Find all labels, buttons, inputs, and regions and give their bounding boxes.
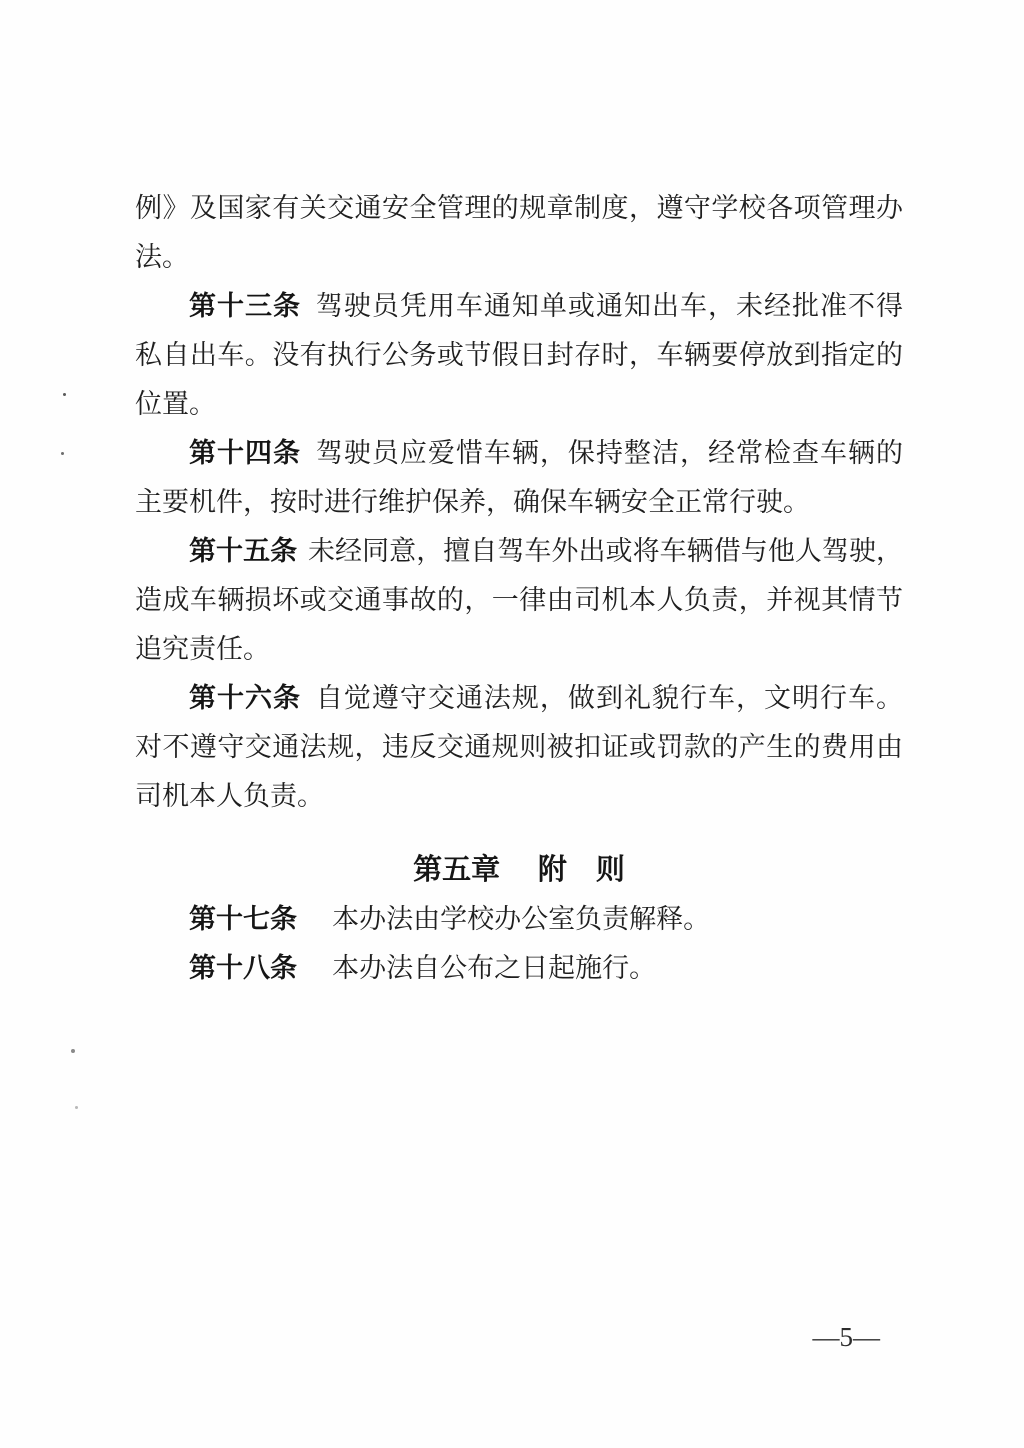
document-page: 例》及国家有关交通安全管理的规章制度，遵守学校各项管理办法。 第十三条驾驶员凭用… [0, 0, 1024, 1448]
chapter-title: 附 则 [538, 854, 625, 886]
article-17-label: 第十七条 [189, 904, 297, 934]
scan-artifact-dot [61, 452, 64, 455]
article-16: 第十六条自觉遵守交通法规，做到礼貌行车，文明行车。对不遵守交通法规，违反交通规则… [135, 674, 903, 821]
page-number: —5— [813, 1322, 881, 1353]
article-15: 第十五条未经同意，擅自驾车外出或将车辆借与他人驾驶，造成车辆损坏或交通事故的，一… [135, 527, 903, 674]
article-15-label: 第十五条 [189, 536, 297, 566]
article-14-label: 第十四条 [189, 438, 301, 468]
article-16-label: 第十六条 [189, 683, 301, 713]
article-18: 第十八条本办法自公布之日起施行。 [135, 944, 903, 993]
article-13-label: 第十三条 [189, 291, 301, 321]
scan-artifact-dot [75, 1106, 78, 1109]
article-14: 第十四条驾驶员应爱惜车辆，保持整洁，经常检查车辆的主要机件，按时进行维护保养，确… [135, 429, 903, 527]
chapter-number: 第五章 [413, 854, 500, 886]
article-17-text: 本办法由学校办公室负责解释。 [332, 904, 710, 934]
article-18-text: 本办法自公布之日起施行。 [332, 953, 656, 983]
scan-artifact-dot [63, 393, 66, 396]
article-18-label: 第十八条 [189, 953, 297, 983]
chapter-heading: 第五章附 则 [135, 846, 903, 895]
paragraph-text: 例》及国家有关交通安全管理的规章制度，遵守学校各项管理办法。 [135, 193, 903, 272]
scan-artifact-dot [71, 1049, 75, 1053]
article-17: 第十七条本办法由学校办公室负责解释。 [135, 895, 903, 944]
article-13: 第十三条驾驶员凭用车通知单或通知出车，未经批准不得私自出车。没有执行公务或节假日… [135, 282, 903, 429]
document-content: 例》及国家有关交通安全管理的规章制度，遵守学校各项管理办法。 第十三条驾驶员凭用… [135, 184, 903, 993]
continuation-paragraph: 例》及国家有关交通安全管理的规章制度，遵守学校各项管理办法。 [135, 184, 903, 282]
